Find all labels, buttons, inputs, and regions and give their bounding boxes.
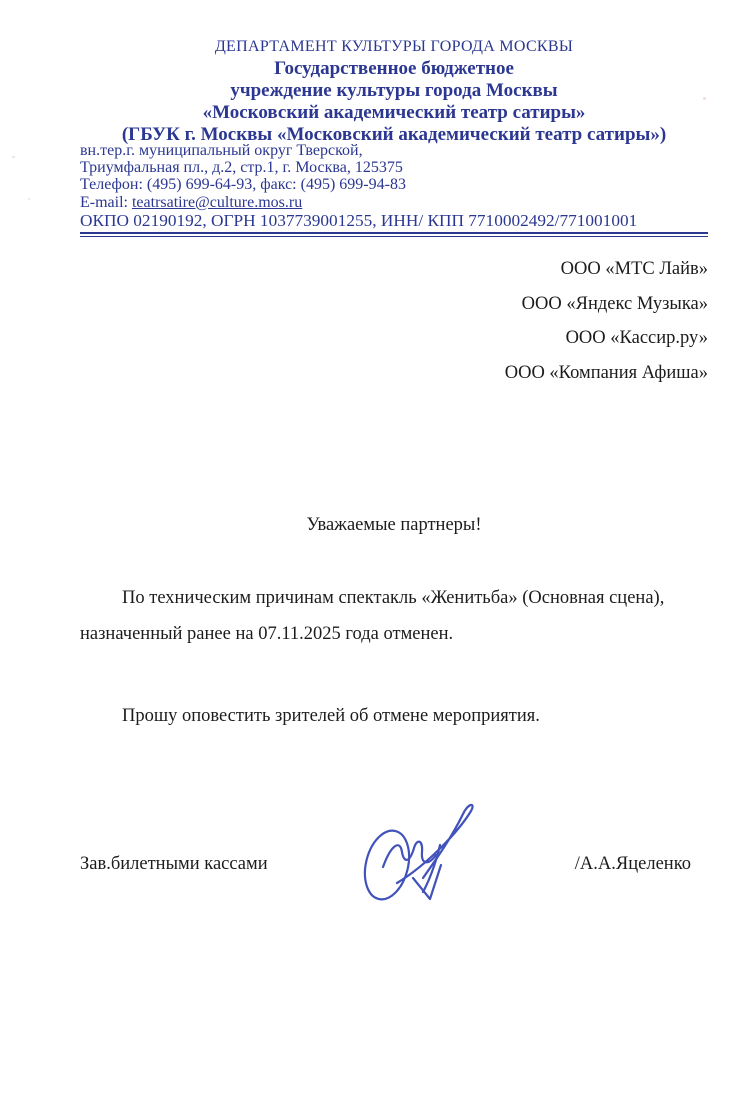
scan-speck — [703, 97, 706, 100]
recipient-yandex-music: ООО «Яндекс Музыка» — [505, 287, 708, 322]
letterhead-contact-block: вн.тер.г. муниципальный округ Тверской, … — [80, 142, 708, 230]
letterhead-divider — [80, 232, 708, 237]
letterhead-department: ДЕПАРТАМЕНТ КУЛЬТУРЫ ГОРОДА МОСКВЫ — [80, 36, 708, 58]
paragraph-line-1: По техническим причинам спектакль «Женит… — [80, 580, 708, 616]
paragraph-line-2: назначенный ранее на 07.11.2025 года отм… — [80, 616, 708, 652]
body-paragraph-request: Прошу оповестить зрителей об отмене меро… — [80, 706, 708, 727]
salutation: Уважаемые партнеры! — [80, 515, 708, 536]
address-line-phone: Телефон: (495) 699-64-93, факс: (495) 69… — [80, 176, 708, 193]
address-line-district: вн.тер.г. муниципальный округ Тверской, — [80, 142, 708, 159]
address-line-street: Триумфальная пл., д.2, стр.1, г. Москва,… — [80, 159, 708, 176]
letterhead-org-line-3: «Московский академический театр сатиры» — [80, 102, 708, 124]
signer-name: /А.А.Яцеленко — [575, 854, 691, 875]
body-paragraph-cancellation: По техническим причинам спектакль «Женит… — [80, 580, 708, 652]
scan-speck — [12, 156, 15, 158]
letterhead: ДЕПАРТАМЕНТ КУЛЬТУРЫ ГОРОДА МОСКВЫ Госуд… — [80, 36, 708, 146]
registration-numbers: ОКПО 02190192, ОГРН 1037739001255, ИНН/ … — [80, 212, 708, 230]
recipient-mts-live: ООО «МТС Лайв» — [505, 252, 708, 287]
handwritten-signature — [345, 785, 505, 910]
recipient-kassir-ru: ООО «Кассир.ру» — [505, 321, 708, 356]
email-link: teatrsatire@culture.mos.ru — [132, 194, 302, 211]
signer-position-title: Зав.билетными кассами — [80, 854, 268, 875]
letterhead-org-line-1: Государственное бюджетное — [80, 58, 708, 80]
recipient-kompaniya-afisha: ООО «Компания Афиша» — [505, 356, 708, 391]
email-label: E-mail: — [80, 194, 132, 211]
scanned-letter-page: ДЕПАРТАМЕНТ КУЛЬТУРЫ ГОРОДА МОСКВЫ Госуд… — [0, 0, 755, 1094]
email-line: E-mail: teatrsatire@culture.mos.ru — [80, 194, 708, 211]
scan-speck — [28, 198, 30, 200]
letterhead-org-line-2: учреждение культуры города Москвы — [80, 80, 708, 102]
recipient-list: ООО «МТС Лайв» ООО «Яндекс Музыка» ООО «… — [505, 252, 708, 390]
